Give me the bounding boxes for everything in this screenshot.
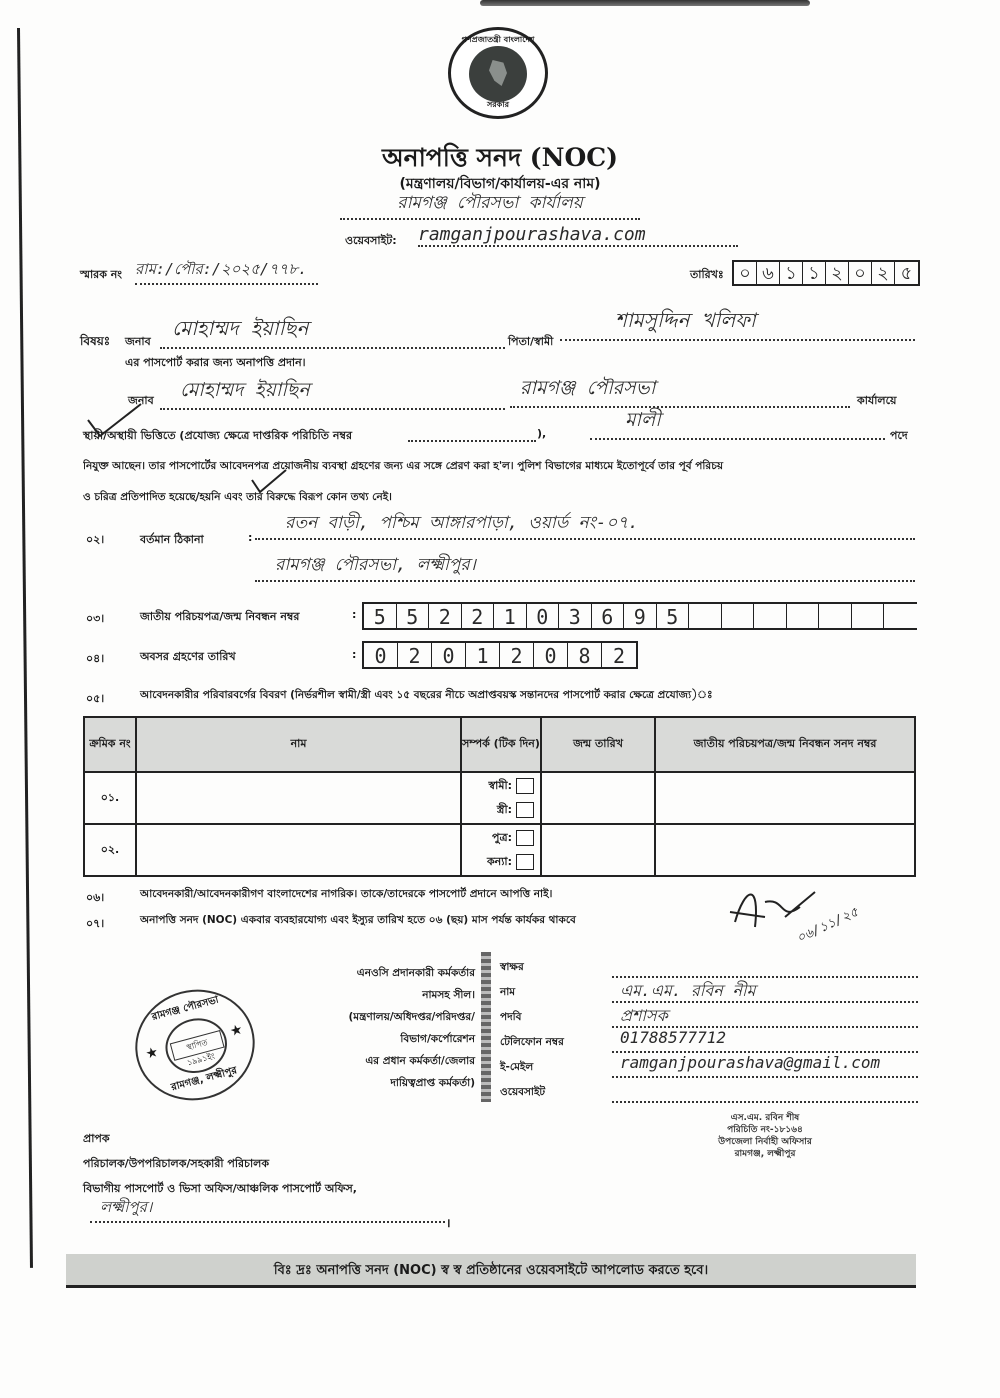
stamp-line: পরিচিতি নং-১৮১৬৪ <box>610 1124 920 1136</box>
issuer-description-line: নামসহ সীল। <box>280 984 475 1006</box>
subject-label: বিষয়ঃ <box>80 333 110 353</box>
digit-box[interactable] <box>787 604 820 628</box>
digit-box[interactable]: ০ <box>734 262 757 284</box>
digit-box[interactable]: 0 <box>364 643 398 667</box>
address-line1-field[interactable]: রতন বাড়ী, পশ্চিম আঙ্গারপাড়া, ওয়ার্ড ন… <box>255 510 915 540</box>
family-num: ০৫। <box>86 690 104 709</box>
digit-box[interactable]: 6 <box>592 604 625 628</box>
son-checkbox[interactable] <box>516 830 534 846</box>
post-suffix: পদে <box>890 427 908 446</box>
wife-checkbox[interactable] <box>516 802 534 818</box>
recipient-end: । <box>446 1214 451 1231</box>
noc-vertical-strip <box>481 952 491 1102</box>
digit-box[interactable]: 5 <box>397 604 430 628</box>
digit-box[interactable]: ৫ <box>895 262 918 284</box>
digit-box[interactable]: 9 <box>624 604 657 628</box>
employment-close: ), <box>537 427 546 440</box>
subject-line2: এর পাসপোর্ট করার জন্য অনাপত্তি প্রদান। <box>125 354 306 373</box>
issuer-description-line: বিভাগ/কর্পোরেশন <box>280 1028 475 1050</box>
relation-label: স্বামী: <box>488 779 512 792</box>
star-icon: ★ <box>144 1044 160 1063</box>
nid-label: জাতীয় পরিচয়পত্র/জন্ম নিবন্ধন নম্বর <box>140 608 299 627</box>
body-office-field[interactable]: রামগঞ্জ পৌরসভা <box>510 374 850 408</box>
issuer-field-label: ই-মেইল <box>500 1055 564 1080</box>
col-nid: জাতীয় পরিচয়পত্র/জন্ম নিবন্ধন সনদ নম্বর <box>655 717 915 772</box>
issuer-field-value[interactable]: 01788577712 <box>612 1028 918 1053</box>
body-name-field[interactable]: মোহাম্মদ ইয়াছিন <box>160 376 505 410</box>
website-label: ওয়েবসাইট: <box>345 232 397 251</box>
digit-box[interactable]: 1 <box>494 604 527 628</box>
daughter-checkbox[interactable] <box>516 854 534 870</box>
digit-box[interactable]: 3 <box>559 604 592 628</box>
page-edge <box>17 28 33 1268</box>
digit-box[interactable]: 0 <box>527 604 560 628</box>
issuer-field-value[interactable] <box>612 953 918 978</box>
stamp-line: এস.এম. রবিন শীষ <box>610 1112 920 1124</box>
scan-shadow <box>480 0 810 6</box>
applicant-name-field[interactable]: মোহাম্মদ ইয়াছিন <box>160 314 505 349</box>
relation-label: পুত্র: <box>492 831 512 844</box>
nid-cell[interactable] <box>655 772 915 824</box>
digit-box[interactable] <box>722 604 755 628</box>
declaration-num: ০৬। <box>86 889 104 908</box>
star-icon: ★ <box>228 1021 244 1040</box>
digit-box[interactable]: ০ <box>849 262 872 284</box>
issuer-field-label: পদবি <box>500 1005 564 1030</box>
memo-number-field[interactable]: রাম:/পৌর:/২০২৫/৭৭৮. <box>135 258 318 285</box>
declaration-text: আবেদনকারী/আবেদনকারীগণ বাংলাদেশের নাগরিক।… <box>140 887 552 904</box>
issuer-description: এনওসি প্রদানকারী কর্মকর্তারনামসহ সীল।(মন… <box>280 962 475 1094</box>
footer-note: বিঃ দ্রঃ অনাপত্তি সনদ (NOC) স্ব স্ব প্রত… <box>66 1254 916 1288</box>
retirement-colon: : <box>352 648 356 661</box>
recipient-office-field[interactable]: লক্ষ্মীপুর। <box>90 1196 445 1223</box>
digit-box[interactable]: ২ <box>872 262 895 284</box>
husband-checkbox[interactable] <box>516 778 534 794</box>
col-relation: সম্পর্ক (টিক দিন) <box>461 717 541 772</box>
issuer-field-label: ওয়েবসাইট <box>500 1080 564 1105</box>
nid-num: ০৩। <box>86 610 104 629</box>
issue-date-boxes[interactable]: ০৬১১২০২৫ <box>732 260 920 286</box>
subject-janab-label: জনাব <box>125 333 151 352</box>
family-label: আবেদনকারীর পরিবারবর্গের বিবরণ (নির্ভরশীল… <box>140 688 713 705</box>
digit-box[interactable]: 2 <box>462 604 495 628</box>
retirement-label: অবসর গ্রহণের তারিখ <box>140 648 236 667</box>
officer-name-stamp: এস.এম. রবিন শীষপরিচিতি নং-১৮১৬৪উপজেলা নি… <box>610 1112 920 1160</box>
website-field[interactable]: ramganjpourashava.com <box>418 224 738 247</box>
digit-box[interactable]: ২ <box>826 262 849 284</box>
digit-box[interactable]: ১ <box>780 262 803 284</box>
digit-box[interactable]: 0 <box>432 643 466 667</box>
office-round-seal: রামগঞ্জ পৌরসভা ★ ★ স্থাপিত ১৯৯১ইং রামগঞ্… <box>123 976 267 1113</box>
issuer-field-label: টেলিফোন নম্বর <box>500 1030 564 1055</box>
issuer-field-labels: স্বাক্ষরনামপদবিটেলিফোন নম্বরই-মেইলওয়েবস… <box>500 955 564 1105</box>
retirement-date-boxes[interactable]: 02012082 <box>362 641 638 669</box>
table-row: ০২. পুত্র: কন্যা: <box>84 824 915 876</box>
issuer-description-line: (মন্ত্রণালয়/অধিদপ্তর/পরিদপ্তর/ <box>280 1006 475 1028</box>
issuer-field-value[interactable]: এম.এম. রবিন নীম <box>612 978 918 1003</box>
father-name-field[interactable]: শামসুদ্দিন খলিফা <box>560 306 915 341</box>
emblem-center <box>469 46 527 102</box>
digit-box[interactable]: ৬ <box>757 262 780 284</box>
digit-box[interactable]: 2 <box>398 643 432 667</box>
stamp-line: রামগঞ্জ, লক্ষ্মীপুর <box>610 1148 920 1160</box>
digit-box[interactable]: 2 <box>602 643 636 667</box>
stamp-line: উপজেলা নির্বাহী অফিসার <box>610 1136 920 1148</box>
address-line2-field[interactable]: রামগঞ্জ পৌরসভা, লক্ষ্মীপুর। <box>255 552 915 582</box>
nid-colon: : <box>352 608 356 621</box>
table-row: ০১. স্বামী: স্ত্রী: <box>84 772 915 824</box>
digit-box[interactable]: 2 <box>429 604 462 628</box>
office-name-field[interactable]: রামগঞ্জ পৌরসভা কার্যালয় <box>340 190 640 220</box>
digit-box[interactable] <box>689 604 722 628</box>
digit-box[interactable]: 5 <box>364 604 397 628</box>
nid-cell[interactable] <box>655 824 915 876</box>
issuer-description-line: এর প্রধান কর্মকর্তা/জেলার <box>280 1050 475 1072</box>
address-label: বর্তমান ঠিকানা <box>140 531 204 550</box>
digit-box[interactable]: 0 <box>534 643 568 667</box>
body-paragraph-line2: ও চরিত্র প্রতিপাদিত হয়েছে/হয়নি এবং তার… <box>83 490 392 507</box>
issuer-field-values: এম.এম. রবিন নীমপ্রশাসক01788577712ramganj… <box>612 953 918 1103</box>
digit-box[interactable] <box>819 604 852 628</box>
government-emblem: গণপ্রজাতন্ত্রী বাংলাদেশ সরকার <box>448 27 548 119</box>
relation-cell: পুত্র: কন্যা: <box>461 824 541 876</box>
issuer-description-line: এনওসি প্রদানকারী কর্মকর্তার <box>280 962 475 984</box>
col-serial: ক্রমিক নং <box>84 717 136 772</box>
digit-box[interactable] <box>754 604 787 628</box>
digit-box[interactable]: 5 <box>657 604 690 628</box>
body-paragraph-line1: নিযুক্ত আছেন। তার পাসপোর্টের আবেদনপত্র প… <box>83 459 923 476</box>
dob-cell[interactable] <box>541 772 655 824</box>
digit-box[interactable]: 8 <box>568 643 602 667</box>
official-id-field[interactable] <box>408 432 536 442</box>
digit-box[interactable]: ১ <box>803 262 826 284</box>
nid-boxes[interactable]: 5522103695 <box>362 602 917 630</box>
emblem-bottom-text: সরকার <box>451 99 545 112</box>
declaration-num: ০৭। <box>86 915 104 934</box>
relation-cell: স্বামী: স্ত্রী: <box>461 772 541 824</box>
digit-box[interactable] <box>852 604 885 628</box>
address-colon: : <box>248 531 252 544</box>
issuer-field-label: স্বাক্ষর <box>500 955 564 980</box>
issuer-field-value[interactable]: ramganjpourashava@gmail.com <box>612 1053 918 1078</box>
digit-box[interactable]: 1 <box>466 643 500 667</box>
relation-label: স্ত্রী: <box>497 803 512 816</box>
recipient-line1: পরিচালক/উপপরিচালক/সহকারী পরিচালক <box>83 1155 269 1174</box>
issuer-field-value[interactable] <box>612 1078 918 1103</box>
issuer-field-value[interactable]: প্রশাসক <box>612 1003 918 1028</box>
seal-center-text: স্থাপিত ১৯৯১ইং <box>170 1030 225 1061</box>
bangladesh-map-icon <box>489 60 507 86</box>
digit-box[interactable] <box>884 604 917 628</box>
serial-cell: ০১. <box>84 772 136 824</box>
post-field[interactable]: মালী <box>590 406 885 440</box>
recipient-label: প্রাপক <box>83 1130 110 1149</box>
col-name: নাম <box>136 717 461 772</box>
name-cell[interactable] <box>136 824 461 876</box>
col-dob: জন্ম তারিখ <box>541 717 655 772</box>
serial-cell: ০২. <box>84 824 136 876</box>
issuer-description-line: দায়িত্বপ্রাপ্ত কর্মকর্তা) <box>280 1072 475 1094</box>
name-cell[interactable] <box>136 772 461 824</box>
checkmark-icon <box>86 400 146 440</box>
father-label: পিতা/স্বামী <box>508 333 553 352</box>
dob-cell[interactable] <box>541 824 655 876</box>
family-table-header: ক্রমিক নং নাম সম্পর্ক (টিক দিন) জন্ম তার… <box>84 717 915 772</box>
address-num: ০২। <box>86 531 104 550</box>
family-table: ক্রমিক নং নাম সম্পর্ক (টিক দিন) জন্ম তার… <box>83 716 916 877</box>
relation-label: কন্যা: <box>487 855 512 868</box>
issuer-field-label: নাম <box>500 980 564 1005</box>
digit-box[interactable]: 2 <box>500 643 534 667</box>
retirement-num: ০৪। <box>86 650 104 669</box>
declaration-text: অনাপত্তি সনদ (NOC) একবার ব্যবহারযোগ্য এব… <box>140 913 576 930</box>
memo-label: স্মারক নং <box>80 266 122 285</box>
date-label: তারিখঃ <box>690 266 724 285</box>
